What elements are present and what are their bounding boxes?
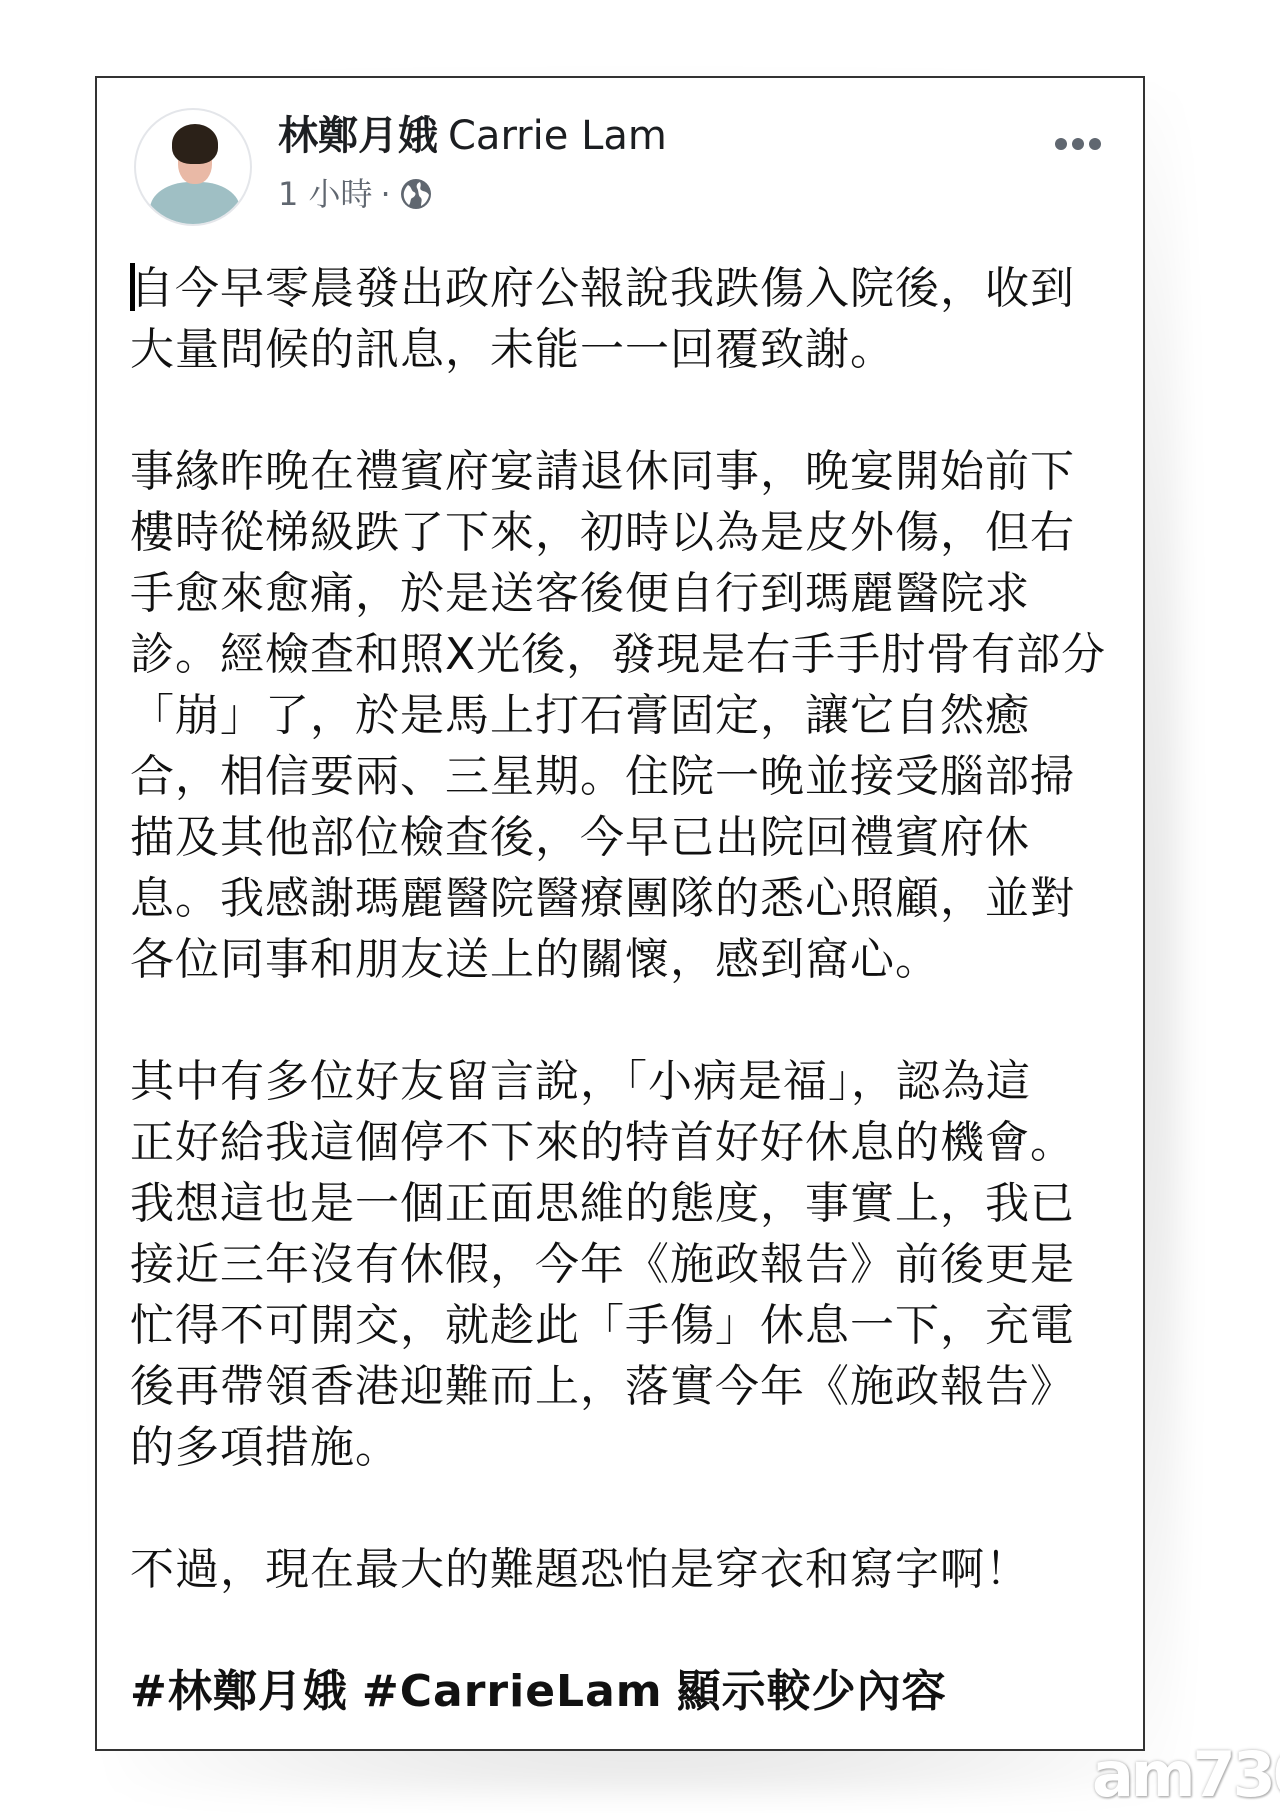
- globe-icon: [399, 177, 433, 211]
- see-less-link[interactable]: 顯示較少內容: [677, 1666, 947, 1717]
- post-timestamp[interactable]: 1 小時: [278, 174, 373, 214]
- line: 後再帶領香港迎難而上，落實今年《施政報告》: [130, 1361, 1075, 1412]
- post-body: 自今早零晨發出政府公報說我跌傷入院後，收到大量問候的訊息，未能一一回覆致謝。 事…: [130, 258, 1130, 1783]
- author-name-en[interactable]: Carrie Lam: [448, 113, 667, 159]
- avatar-hair: [172, 124, 218, 164]
- post-paragraph-4: 不過，現在最大的難題恐怕是穿衣和寫字啊！: [130, 1539, 1130, 1600]
- post-paragraph-2: 事緣昨晚在禮賓府宴請退休同事，晚宴開始前下樓時從梯級跌了下來，初時以為是皮外傷，…: [130, 441, 1130, 990]
- line: 大量問候的訊息，未能一一回覆致謝。: [130, 324, 895, 375]
- line: 息。我感謝瑪麗醫院醫療團隊的悉心照顧，並對: [130, 873, 1075, 924]
- line: 診。經檢查和照X光後，發現是右手手肘骨有部分: [130, 629, 1106, 680]
- line: 合，相信要兩、三星期。住院一晚並接受腦部掃: [130, 751, 1075, 802]
- more-dot-icon: [1072, 138, 1084, 150]
- facebook-post-card: 林鄭月娥Carrie Lam 1 小時 · 自今早零晨發出政府公報說我跌傷入院後…: [95, 76, 1145, 1751]
- line: 手愈來愈痛，於是送客後便自行到瑪麗醫院求: [130, 568, 1030, 619]
- hashtag-link[interactable]: #林鄭月娥: [130, 1666, 348, 1717]
- author-name-zh[interactable]: 林鄭月娥: [278, 113, 438, 159]
- line: 「崩」了，於是馬上打石膏固定，讓它自然癒: [130, 690, 1030, 741]
- more-dot-icon: [1089, 138, 1101, 150]
- hashtag-row: #林鄭月娥#CarrieLam顯示較少內容: [130, 1661, 1130, 1722]
- author-avatar[interactable]: [134, 108, 252, 226]
- line: 我想這也是一個正面思維的態度，事實上，我已: [130, 1178, 1075, 1229]
- more-dot-icon: [1055, 138, 1067, 150]
- line: 事緣昨晚在禮賓府宴請退休同事，晚宴開始前下: [130, 446, 1075, 497]
- line: 忙得不可開交，就趁此「手傷」休息一下，充電: [130, 1300, 1075, 1351]
- post-meta: 1 小時 ·: [278, 174, 433, 214]
- line: 正好給我這個停不下來的特首好好休息的機會。: [130, 1117, 1075, 1168]
- line: 不過，現在最大的難題恐怕是穿衣和寫字啊！: [130, 1544, 1030, 1595]
- author-name[interactable]: 林鄭月娥Carrie Lam: [278, 112, 667, 160]
- line: 的多項措施。: [130, 1422, 400, 1473]
- avatar-body: [150, 182, 240, 226]
- line: 各位同事和朋友送上的關懷，感到窩心。: [130, 934, 940, 985]
- more-options-button[interactable]: [1055, 138, 1101, 150]
- line: 其中有多位好友留言說，「小病是福」，認為這: [130, 1056, 1031, 1107]
- line: 接近三年沒有休假，今年《施政報告》前後更是: [130, 1239, 1075, 1290]
- post-paragraph-1: 自今早零晨發出政府公報說我跌傷入院後，收到大量問候的訊息，未能一一回覆致謝。: [130, 258, 1130, 380]
- line: 自今早零晨發出政府公報說我跌傷入院後，收到: [130, 263, 1075, 314]
- line: 描及其他部位檢查後，今早已出院回禮賓府休: [130, 812, 1030, 863]
- meta-separator: ·: [381, 174, 391, 214]
- line: 樓時從梯級跌了下來，初時以為是皮外傷，但右: [130, 507, 1075, 558]
- am730-watermark: am730: [1092, 1738, 1280, 1811]
- hashtag-link[interactable]: #CarrieLam: [362, 1666, 663, 1717]
- post-paragraph-3: 其中有多位好友留言說，「小病是福」，認為這正好給我這個停不下來的特首好好休息的機…: [130, 1051, 1130, 1478]
